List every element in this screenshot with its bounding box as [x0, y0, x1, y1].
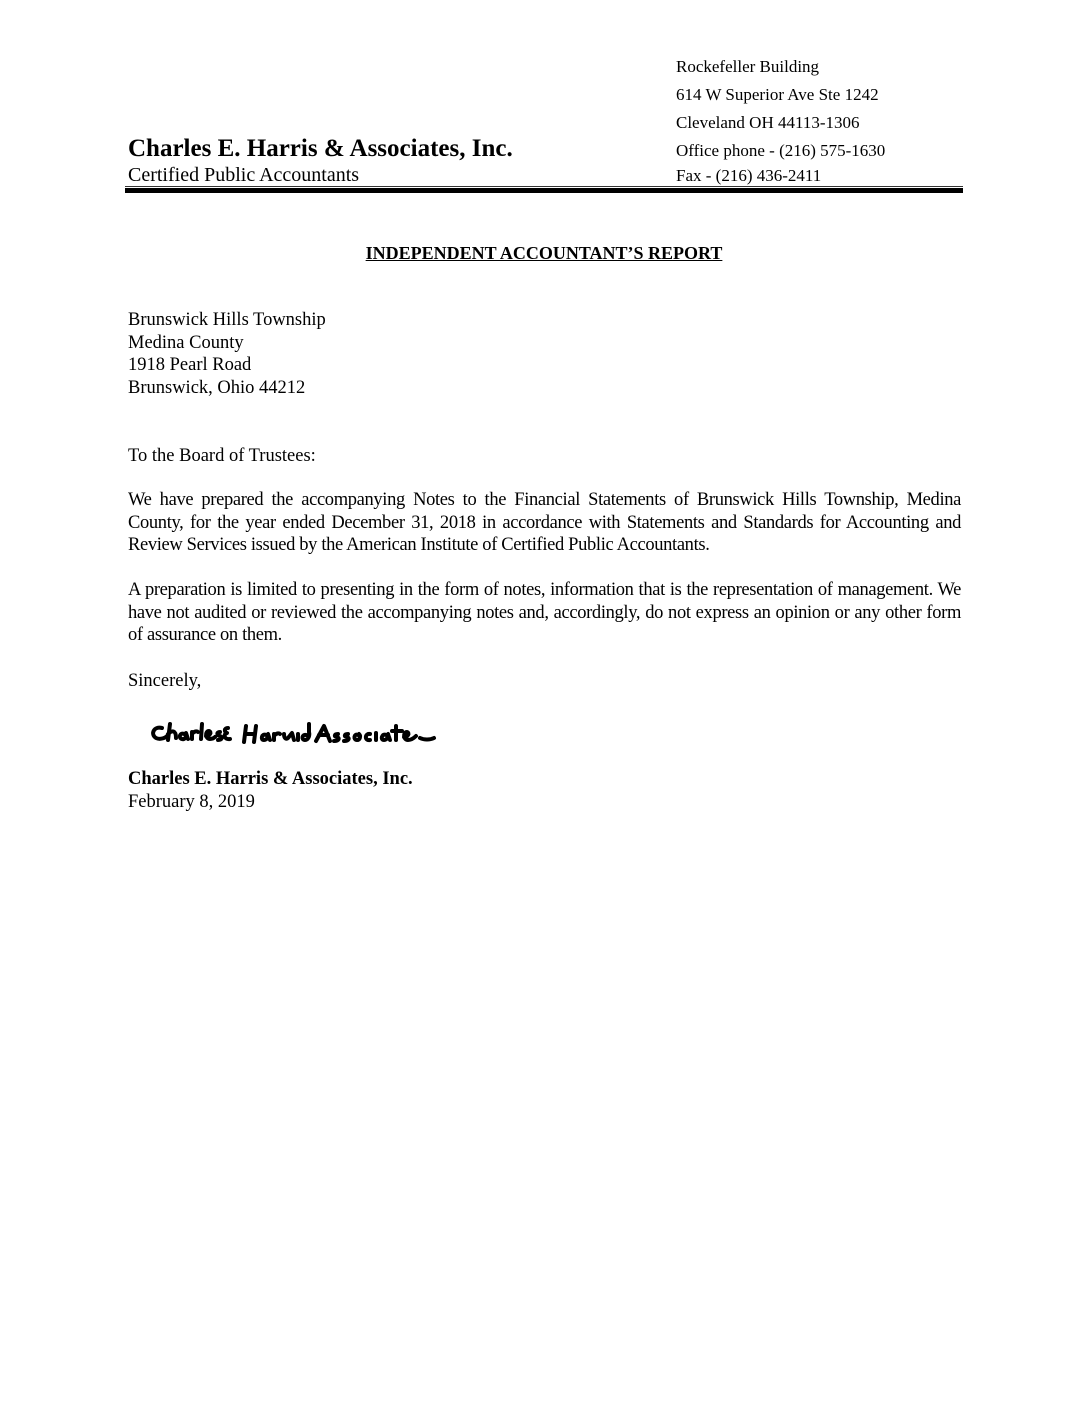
- recipient-line: Medina County: [128, 332, 244, 355]
- letterhead-rule-thick: [125, 188, 963, 193]
- recipient-line: Brunswick Hills Township: [128, 309, 326, 332]
- address-city: Cleveland OH 44113-1306: [676, 113, 860, 133]
- address-street: 614 W Superior Ave Ste 1242: [676, 85, 879, 105]
- firm-subtitle: Certified Public Accountants: [128, 163, 359, 187]
- recipient-line: 1918 Pearl Road: [128, 354, 251, 377]
- office-phone: Office phone - (216) 575-1630: [676, 141, 885, 161]
- salutation: To the Board of Trustees:: [128, 445, 316, 468]
- report-title: INDEPENDENT ACCOUNTANT’S REPORT: [0, 242, 1088, 264]
- report-date: February 8, 2019: [128, 791, 255, 814]
- closing: Sincerely,: [128, 670, 201, 693]
- body-paragraph: We have prepared the accompanying Notes …: [128, 489, 961, 557]
- firm-name: Charles E. Harris & Associates, Inc.: [128, 134, 513, 164]
- body-paragraph: A preparation is limited to presenting i…: [128, 579, 961, 647]
- address-building: Rockefeller Building: [676, 57, 819, 77]
- signatory-name: Charles E. Harris & Associates, Inc.: [128, 768, 413, 791]
- signature-icon: [148, 718, 438, 758]
- letterhead-rule-thin: [125, 186, 963, 187]
- recipient-line: Brunswick, Ohio 44212: [128, 377, 305, 400]
- fax-number: Fax - (216) 436-2411: [676, 166, 821, 186]
